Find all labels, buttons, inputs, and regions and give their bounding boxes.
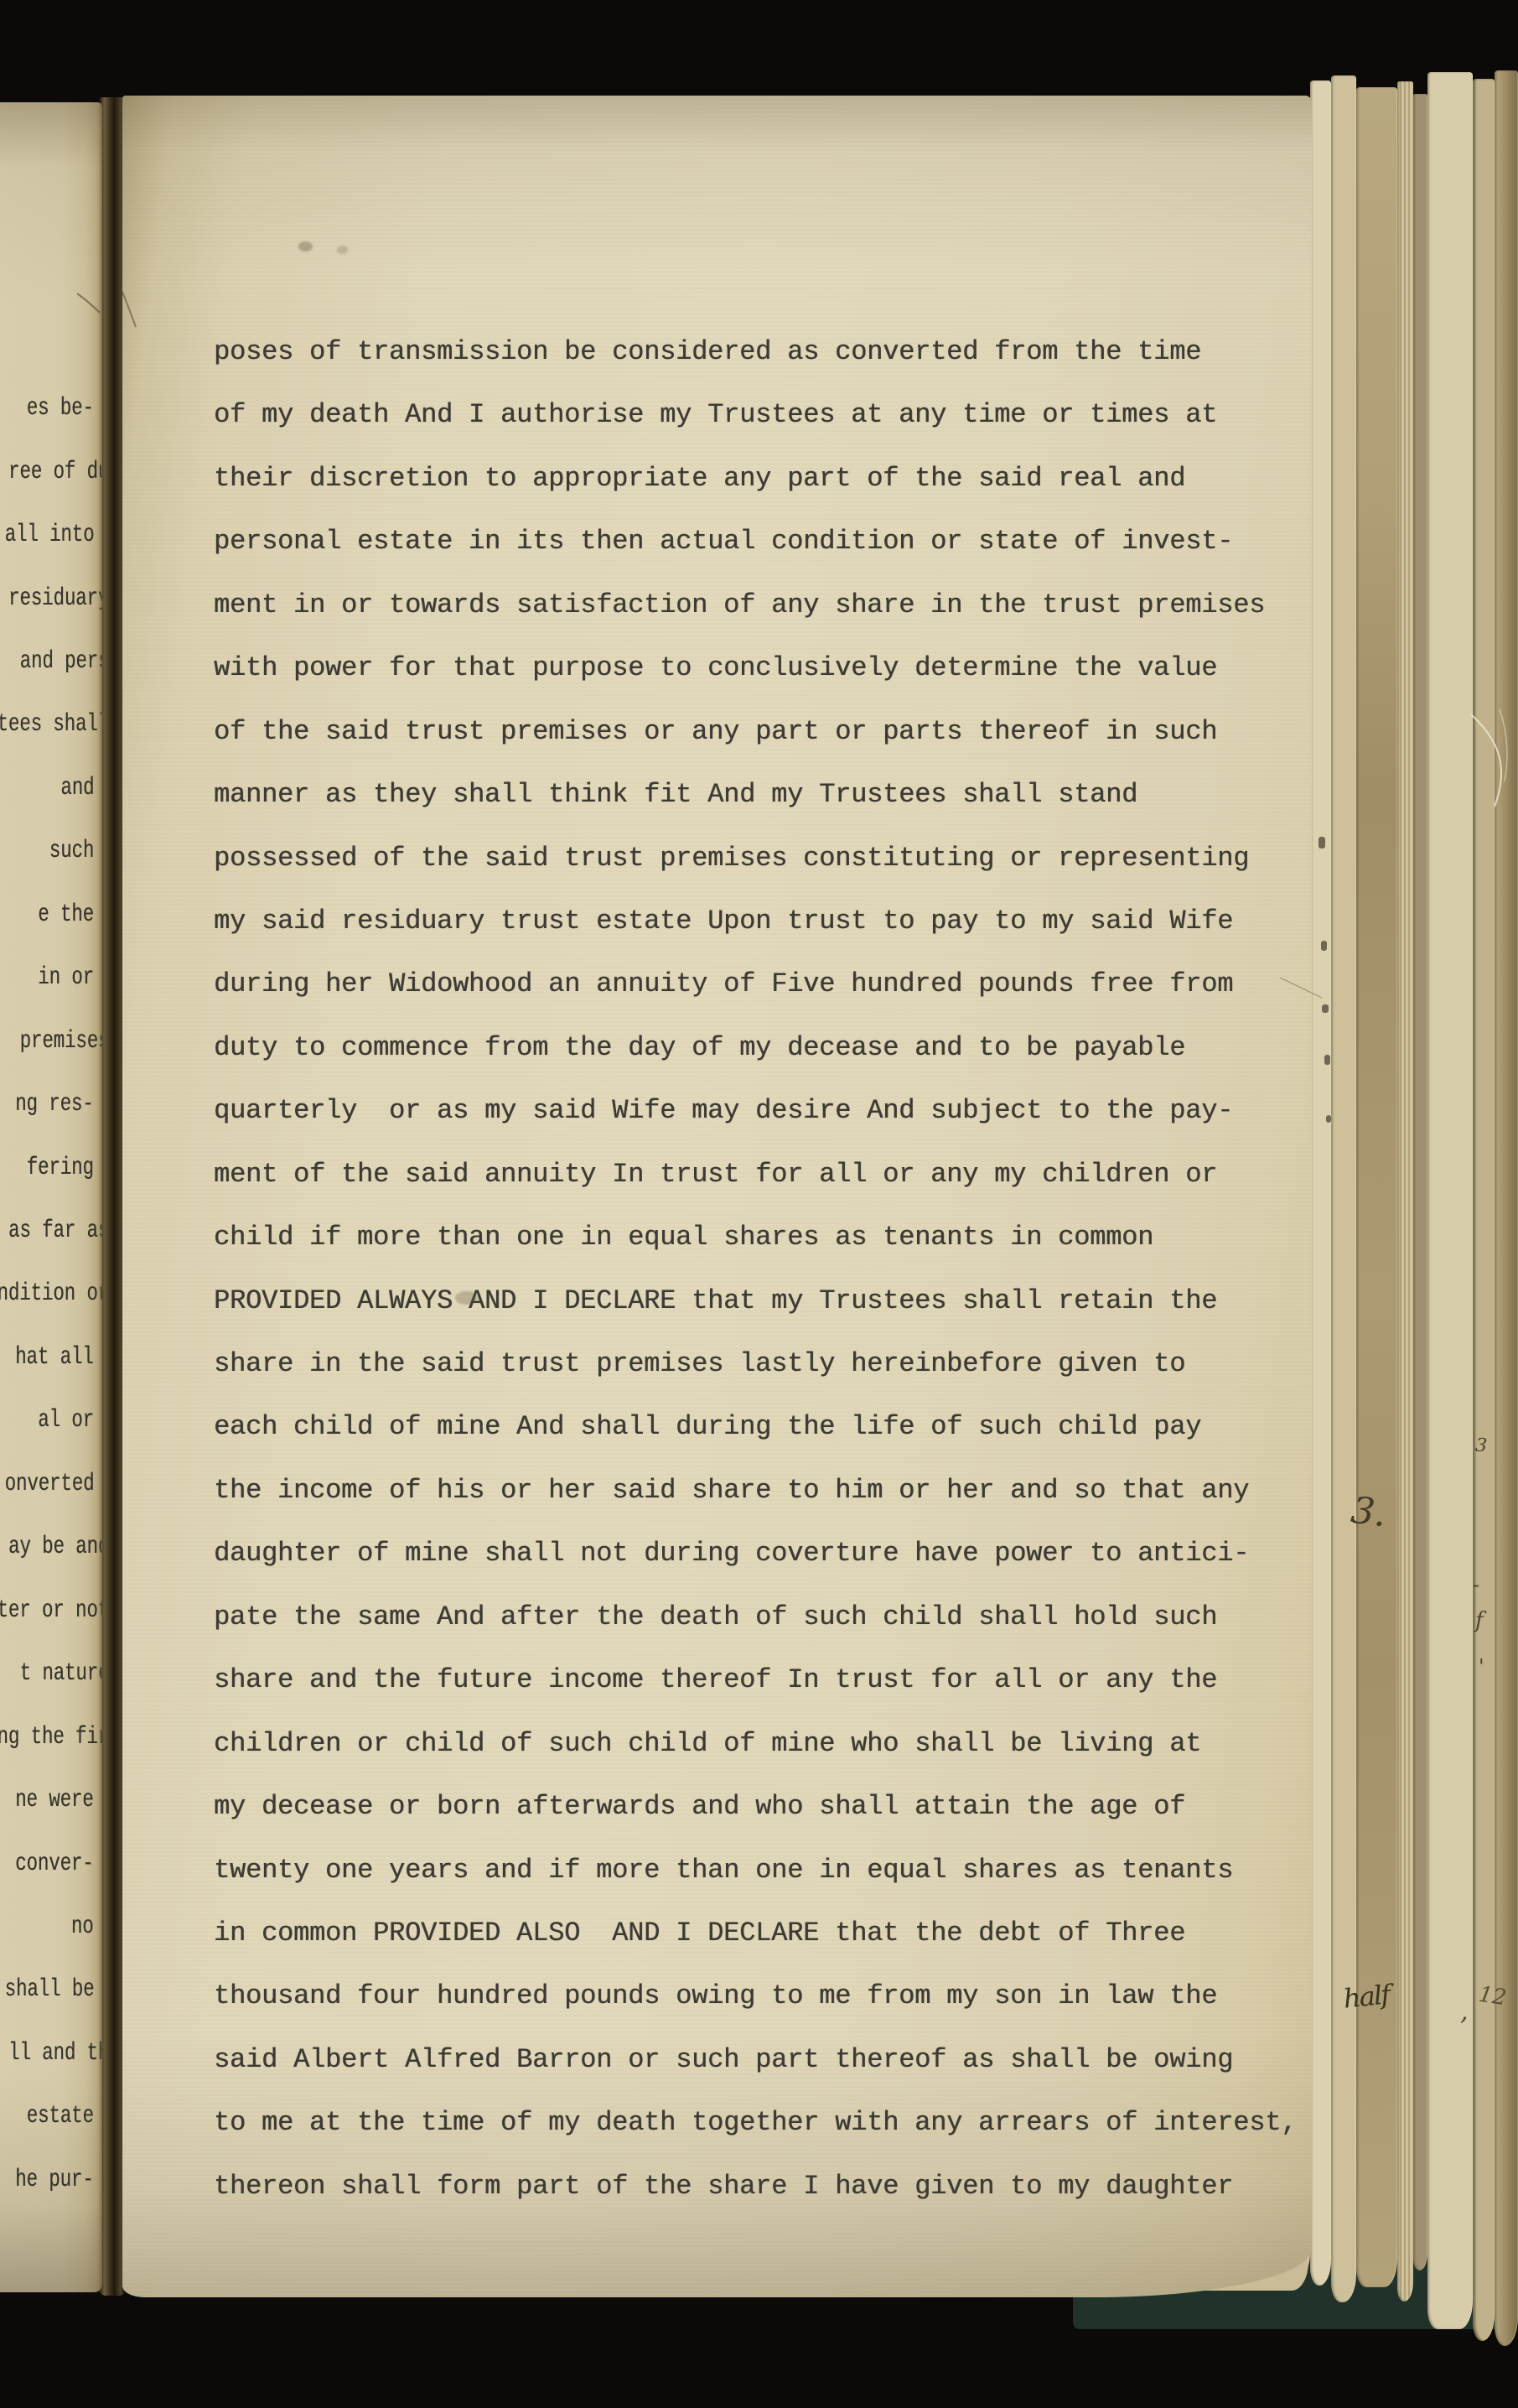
left-page-text-fragment: ng the fir [0,1720,109,1754]
text-line: said Albert Alfred Barron or such part t… [214,2028,1337,2091]
ink-smudge [337,246,348,254]
left-page-text-fragment: ree of du [8,455,109,489]
text-line: manner as they shall think fit And my Tr… [214,763,1337,826]
handwritten-edge-mark: 3 [1474,1435,1488,1457]
edge-text-speck [1322,1004,1329,1013]
handwritten-edge-mark: - [1473,1573,1479,1596]
text-line: child if more than one in equal shares a… [214,1206,1337,1269]
text-line: ment of the said annuity In trust for al… [214,1143,1337,1206]
text-line: during her Widowhood an annuity of Five … [214,952,1337,1015]
left-page-text-fragment: no [71,1910,94,1944]
text-line: personal estate in its then actual condi… [214,510,1337,573]
text-line: of my death And I authorise my Trustees … [214,383,1337,446]
left-page-text-fragment: ter or not [0,1594,109,1627]
left-page-text-fragment: hat all [16,1341,94,1374]
left-page-text-fragment: shall be [4,1973,94,2006]
handwritten-edge-mark: f [1475,1608,1484,1633]
handwritten-edge-script: half [1342,1980,1391,2014]
edge-text-speck [1324,1055,1330,1065]
left-page-text-fragment: premises [19,1025,109,1058]
edge-text-speck [1326,1115,1331,1123]
left-page-text-fragment: ne were [16,1783,94,1817]
left-page-text-fragment: ng res- [16,1087,94,1121]
ink-smudge [455,1291,478,1305]
handwritten-edge-mark: 12 [1477,1982,1508,2011]
text-line: my decease or born afterwards and who sh… [214,1775,1337,1838]
text-line: in common PROVIDED ALSO AND I DECLARE th… [214,1902,1337,1964]
scanned-document-photo: { "main_page": { "lines": [ "poses of tr… [0,0,1518,2408]
edge-text-speck [1319,837,1325,849]
text-line: with power for that purpose to conclusiv… [214,636,1337,699]
text-line: to me at the time of my death together w… [214,2091,1337,2154]
text-line: twenty one years and if more than one in… [214,1839,1337,1902]
left-page-text-fragment: conver- [16,1847,94,1881]
text-line: the income of his or her said share to h… [214,1459,1337,1522]
text-line: thereon shall form part of the share I h… [214,2155,1337,2218]
left-page-text-fragment: and [60,771,94,805]
left-page-text-fragment: ay be and [8,1530,109,1564]
left-page-fragments: es be-ree of duall intoresiduaryand pers… [0,0,109,2408]
text-line: poses of transmission be considered as c… [214,320,1337,383]
left-page-text-fragment: e the [38,898,94,932]
left-page-text-fragment: in or [38,961,94,994]
left-page-text-fragment: such [49,834,94,868]
text-line: quarterly or as my said Wife may desire … [214,1079,1337,1142]
handwritten-edge-mark: , [1460,1997,1469,2027]
handwritten-edge-mark: ' [1479,1655,1484,1679]
page-edge-strip [1397,81,1413,2302]
typewritten-text-block: poses of transmission be considered as c… [214,320,1337,2218]
left-page-text-fragment: onverted [4,1467,94,1501]
left-page-text-fragment: al or [38,1404,94,1437]
ink-smudge [298,241,313,252]
text-line: each child of mine And shall during the … [214,1395,1337,1458]
left-page-text-fragment: fering [27,1151,94,1185]
text-line: thousand four hundred pounds owing to me… [214,1964,1337,2027]
left-page-text-fragment: and pers [19,645,109,678]
handwritten-margin-number: 3. [1349,1489,1389,1536]
left-page-text-fragment: all into [4,518,94,552]
text-line: pate the same And after the death of suc… [214,1585,1337,1648]
text-line: of the said trust premises or any part o… [214,700,1337,763]
page-edge-strip [1413,94,1427,2270]
text-line: possessed of the said trust premises con… [214,827,1337,890]
left-page-text-fragment: he pur- [16,2163,94,2197]
left-page-text-fragment: as far as [8,1214,109,1248]
left-page-text-fragment: es be- [27,392,94,425]
text-line: their discretion to appropriate any part… [214,447,1337,510]
text-line: my said residuary trust estate Upon trus… [214,890,1337,952]
left-page-text-fragment: tees shall [0,708,109,741]
text-line: daughter of mine shall not during covert… [214,1522,1337,1585]
text-line: children or child of such child of mine … [214,1712,1337,1775]
page-edge-strip [1356,87,1397,2287]
page-edge-strip [1427,72,1473,2329]
text-line: ment in or towards satisfaction of any s… [214,573,1337,636]
text-line: share and the future income thereof In t… [214,1648,1337,1711]
left-page-text-fragment: t nature [19,1657,109,1690]
text-line: share in the said trust premises lastly … [214,1332,1337,1395]
text-line: duty to commence from the day of my dece… [214,1016,1337,1079]
left-page-text-fragment: residuary [8,582,109,615]
left-page-text-fragment: ll and th [8,2037,109,2070]
edge-text-speck [1321,941,1327,951]
text-line: PROVIDED ALWAYS AND I DECLARE that my Tr… [214,1269,1337,1332]
left-page-text-fragment: ndition or [0,1277,109,1310]
left-page-text-fragment: estate [27,2099,94,2133]
